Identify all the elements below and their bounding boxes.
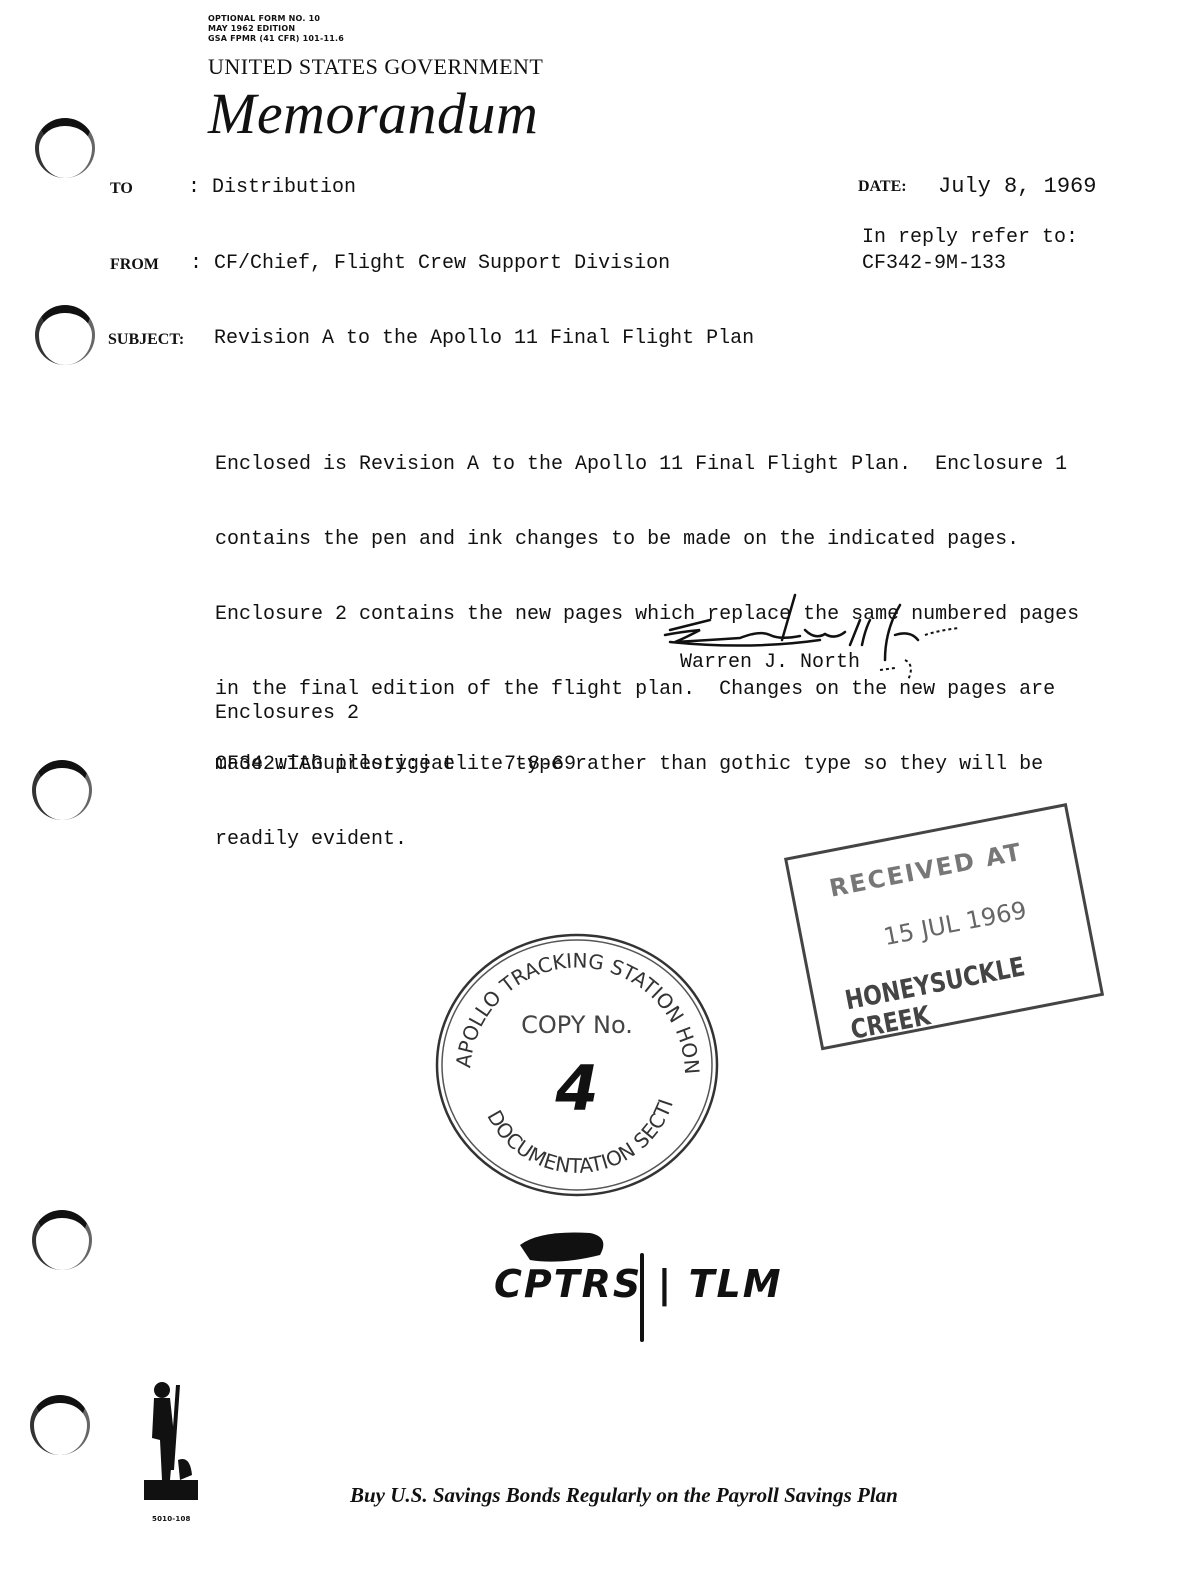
form-regulation-line: GSA FPMR (41 CFR) 101-11.6 (208, 34, 344, 44)
from-label: FROM (110, 256, 159, 274)
subject-value: Revision A to the Apollo 11 Final Flight… (214, 327, 754, 350)
reference-date: 7-8-69 (504, 753, 576, 776)
svg-text:COPY No.: COPY No. (521, 1011, 633, 1039)
punch-hole (35, 118, 95, 178)
reply-label: In reply refer to: (862, 226, 1078, 249)
enclosures-note: Enclosures 2 (215, 702, 359, 725)
to-label: TO (110, 180, 133, 198)
form-stock-number: 5010-108 (152, 1514, 191, 1524)
savings-bonds-slogan: Buy U.S. Savings Bonds Regularly on the … (350, 1483, 898, 1508)
reference-code: CF342:TAGuillory:jat (215, 753, 455, 776)
form-header: OPTIONAL FORM NO. 10 MAY 1962 EDITION GS… (208, 14, 344, 44)
reply-reference: CF342-9M-133 (862, 252, 1006, 275)
punch-hole (32, 760, 92, 820)
punch-hole (32, 1210, 92, 1270)
from-value: : CF/Chief, Flight Crew Support Division (190, 252, 670, 275)
punch-hole (30, 1395, 90, 1455)
minuteman-logo-icon (140, 1380, 202, 1510)
body-line: contains the pen and ink changes to be m… (215, 527, 1079, 552)
received-stamp-title: RECEIVED AT (827, 838, 1025, 903)
copy-number-stamp: APOLLO TRACKING STATION HONEYSUCKLE DOCU… (430, 925, 725, 1205)
handwritten-signature (650, 590, 970, 690)
date-label: DATE: (858, 178, 907, 196)
document-title: Memorandum (208, 80, 538, 147)
form-number-line: OPTIONAL FORM NO. 10 (208, 14, 344, 24)
agency-title: UNITED STATES GOVERNMENT (208, 54, 543, 80)
date-value: July 8, 1969 (938, 174, 1096, 199)
svg-text:4: 4 (554, 1052, 598, 1125)
routing-text: CPTRS | TLM (494, 1262, 783, 1306)
punch-hole (35, 305, 95, 365)
form-edition-line: MAY 1962 EDITION (208, 24, 344, 34)
to-value: : Distribution (188, 176, 356, 199)
subject-label: SUBJECT: (108, 331, 184, 349)
body-line: Enclosed is Revision A to the Apollo 11 … (215, 452, 1079, 477)
signatory-name: Warren J. North (680, 651, 860, 674)
received-stamp-location: HONEYSUCKLE CREEK (843, 939, 1102, 1046)
received-stamp-date: 15 JUL 1969 (881, 896, 1029, 951)
